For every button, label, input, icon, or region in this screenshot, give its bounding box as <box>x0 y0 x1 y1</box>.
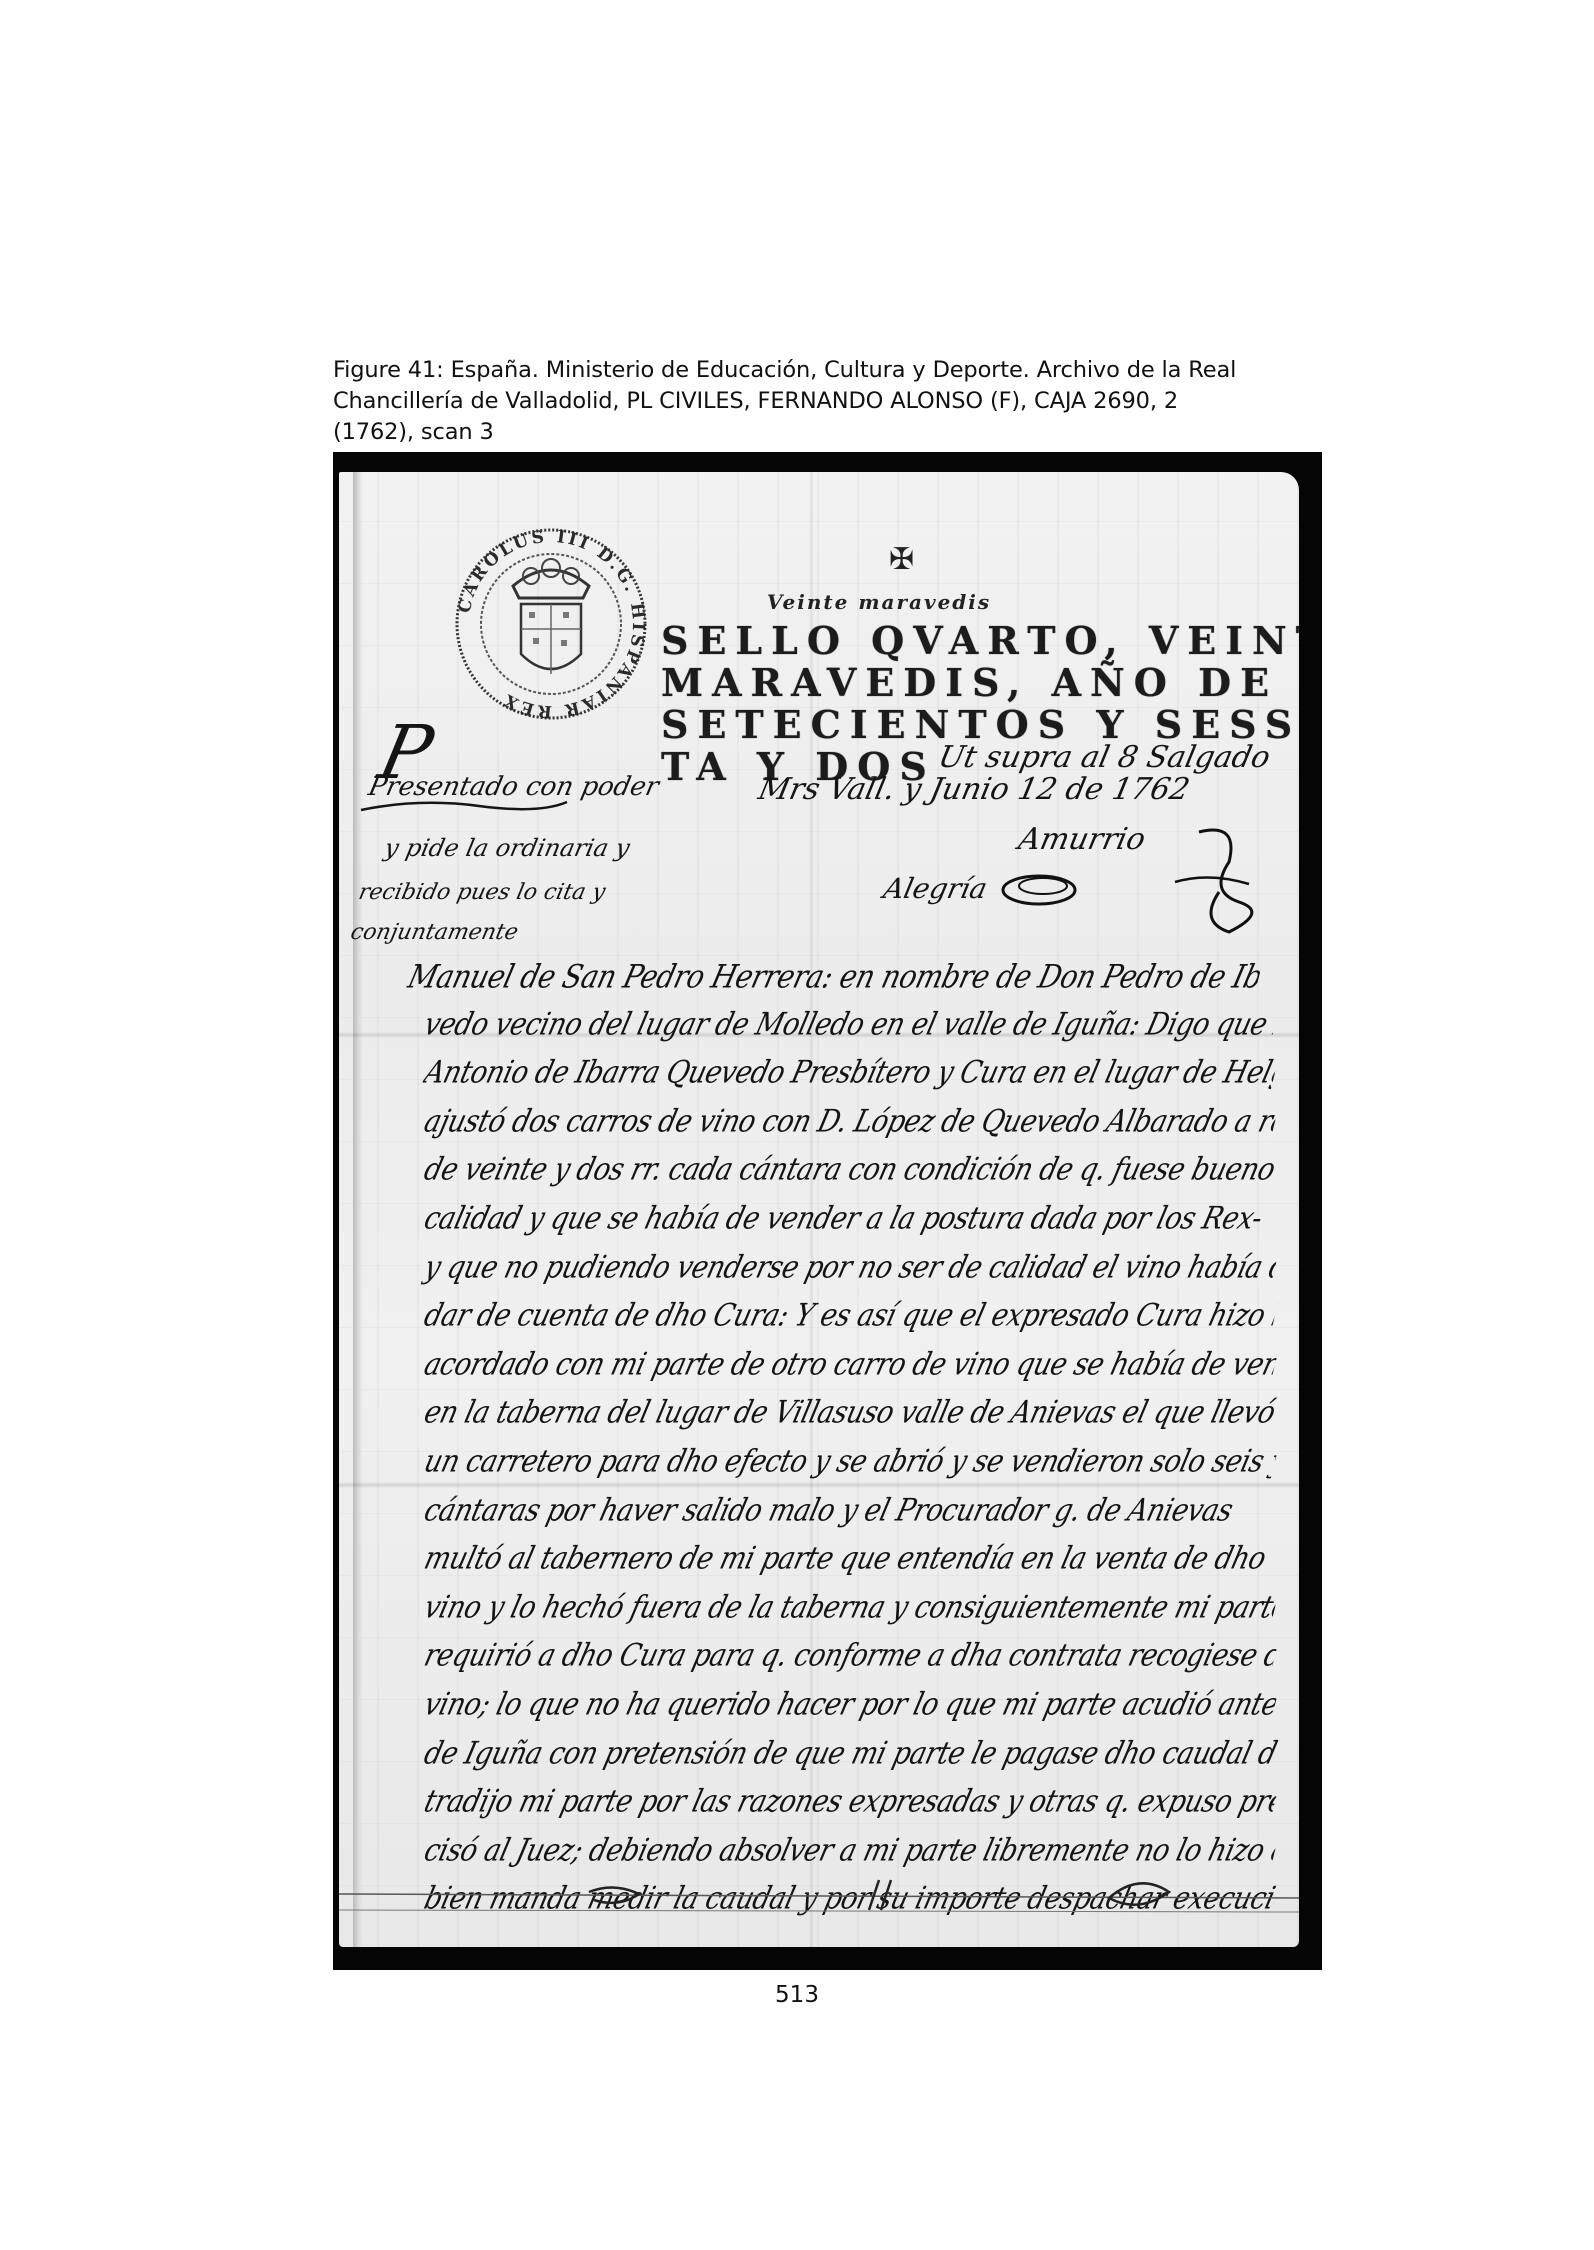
manuscript-line: tradijo mi parte por las razones expresa… <box>421 1784 1280 1820</box>
signature-left: Alegría <box>880 872 990 905</box>
margin-note: Presentado con poder <box>366 772 662 802</box>
stamp-header: Veinte maravedis <box>669 590 1089 614</box>
stamp-line: SELLO QVARTO, VEINTE <box>661 620 1261 662</box>
manuscript-line: vedo vecino del lugar de Molledo en el v… <box>421 1006 1280 1042</box>
manuscript-line: vino; lo que no ha querido hacer por lo … <box>421 1687 1280 1723</box>
manuscript-line: en la taberna del lugar de Villasuso val… <box>421 1395 1280 1431</box>
manuscript-page: CAROLUS III D.G. HISPANIAR REX ✠ Veinte … <box>339 472 1299 1947</box>
stamp-annotation: Ut supra al 8 Salgado <box>935 740 1273 775</box>
manuscript-line: ajustó dos carros de vino con D. López d… <box>421 1103 1280 1139</box>
margin-note: recibido pues lo cita y <box>356 880 607 905</box>
margin-note: y pide la ordinaria y <box>382 834 632 862</box>
caption-line-1: Figure 41: España. Ministerio de Educaci… <box>333 355 1273 386</box>
manuscript-line: cántaras por haver salido malo y el Proc… <box>421 1492 1280 1528</box>
manuscript-line: calidad y que se había de vender a la po… <box>421 1201 1280 1237</box>
manuscript-line: acordado con mi parte de otro carro de v… <box>421 1346 1280 1382</box>
signature-flourish <box>979 812 1279 942</box>
manuscript-line: vino y lo hechó fuera de la taberna y co… <box>421 1589 1280 1625</box>
manuscript-line: multó al tabernero de mi parte que enten… <box>421 1541 1280 1577</box>
manuscript-line: de veinte y dos rr. cada cántara con con… <box>421 1152 1280 1188</box>
manuscript-line: dar de cuenta de dho Cura: Y es así que … <box>421 1298 1280 1334</box>
manuscript-line: de Iguña con pretensión de que mi parte … <box>421 1735 1280 1771</box>
caption-line-2: Chancillería de Valladolid, PL CIVILES, … <box>333 386 1273 417</box>
manuscript-line: y que no pudiendo venderse por no ser de… <box>421 1249 1280 1285</box>
stamp-line: MARAVEDIS, AÑO DE MIL <box>661 662 1261 704</box>
manuscript-line: un carretero para dho efecto y se abrió … <box>421 1444 1280 1480</box>
paper-edge <box>353 472 363 1947</box>
manuscript-line: Antonio de Ibarra Quevedo Presbítero y C… <box>421 1055 1280 1091</box>
manuscript-line: Manuel de San Pedro Herrera: en nombre d… <box>404 958 1263 996</box>
manuscript-line: requirió a dho Cura para q. conforme a d… <box>421 1638 1280 1674</box>
cross-icon: ✠ <box>889 542 914 577</box>
royal-seal-icon: CAROLUS III D.G. HISPANIAR REX <box>451 524 651 724</box>
caption-line-3: (1762), scan 3 <box>333 417 1273 448</box>
paper-fold <box>339 1482 1299 1488</box>
page-number: 513 <box>0 1982 1594 2008</box>
bottom-ruling <box>339 1832 1299 1942</box>
margin-note: conjuntamente <box>348 920 520 945</box>
archival-scan-image: CAROLUS III D.G. HISPANIAR REX ✠ Veinte … <box>333 452 1322 1970</box>
figure-caption: Figure 41: España. Ministerio de Educaci… <box>333 355 1273 448</box>
date-line: Mrs Vall. y Junio 12 de 1762 <box>755 772 1192 807</box>
